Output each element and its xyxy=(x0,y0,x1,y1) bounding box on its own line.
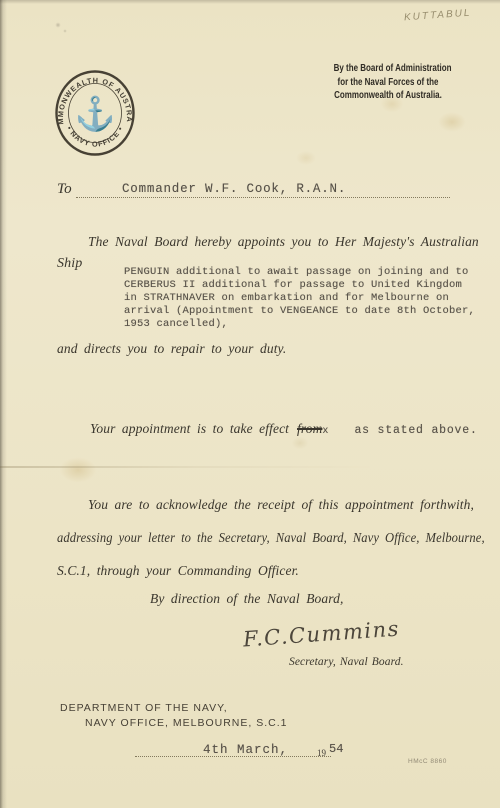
printer-code: HMcC 8860 xyxy=(408,758,447,765)
department-line-1: DEPARTMENT OF THE NAVY, xyxy=(60,702,228,714)
typed-line: CERBERUS II additional for passage to Un… xyxy=(124,279,475,292)
overtype-x: x xyxy=(322,426,328,437)
effect-prefix: Your appointment is to take effect xyxy=(90,421,289,436)
typed-effect-value: as stated above. xyxy=(354,424,477,437)
appointment-sentence: The Naval Board hereby appoints you to H… xyxy=(88,234,479,250)
addressee-name: Commander W.F. Cook, R.A.N. xyxy=(122,182,346,196)
by-direction-line: By direction of the Naval Board, xyxy=(150,591,343,607)
signature-title: Secretary, Naval Board. xyxy=(289,656,404,668)
authority-line: Commonwealth of Australia. xyxy=(334,89,443,103)
ship-label: Ship xyxy=(57,256,82,272)
commonwealth-seal: COMMONWEALTH OF AUSTRALIA • NAVY OFFICE … xyxy=(53,68,137,163)
year-printed: 19 xyxy=(317,748,326,758)
acknowledge-line-3: S.C.1, through your Commanding Officer. xyxy=(57,563,299,579)
typed-line: PENGUIN additional to await passage on j… xyxy=(124,266,475,279)
date-typed: 4th March, xyxy=(203,743,288,757)
typed-line: 1953 cancelled), xyxy=(124,318,475,331)
pencil-annotation: KUTTABUL xyxy=(404,8,472,24)
department-line-2: NAVY OFFICE, MELBOURNE, S.C.1 xyxy=(85,717,287,729)
typed-line: in STRATHNAVER on embarkation and for Me… xyxy=(124,292,475,305)
struck-word: from xyxy=(297,421,322,436)
signature: F.C.Cummins xyxy=(242,617,400,652)
acknowledge-line-2: addressing your letter to the Secretary,… xyxy=(57,530,485,546)
appointment-letter-page: KUTTABUL COMMONWEALTH OF AUSTRALIA • NAV… xyxy=(0,0,500,808)
directs-sentence: and directs you to repair to your duty. xyxy=(57,341,286,357)
effect-sentence: Your appointment is to take effectfromxa… xyxy=(90,420,478,438)
fold-crease xyxy=(0,466,500,468)
typed-line: arrival (Appointment to VENGEANCE to dat… xyxy=(124,305,475,318)
authority-line: for the Naval Forces of the xyxy=(334,76,443,90)
acknowledge-line-1: You are to acknowledge the receipt of th… xyxy=(88,497,474,513)
authority-line: By the Board of Administration xyxy=(334,62,443,76)
to-dotted-line xyxy=(76,197,450,198)
year-typed: 54 xyxy=(329,742,343,756)
anchor-icon: ⚓ xyxy=(74,95,115,133)
ship-assignment-typed: PENGUIN additional to await passage on j… xyxy=(124,266,475,331)
seal-graphic: COMMONWEALTH OF AUSTRALIA • NAVY OFFICE … xyxy=(53,68,137,158)
authority-statement: By the Board of Administration for the N… xyxy=(334,62,443,103)
to-label: To xyxy=(57,181,72,198)
